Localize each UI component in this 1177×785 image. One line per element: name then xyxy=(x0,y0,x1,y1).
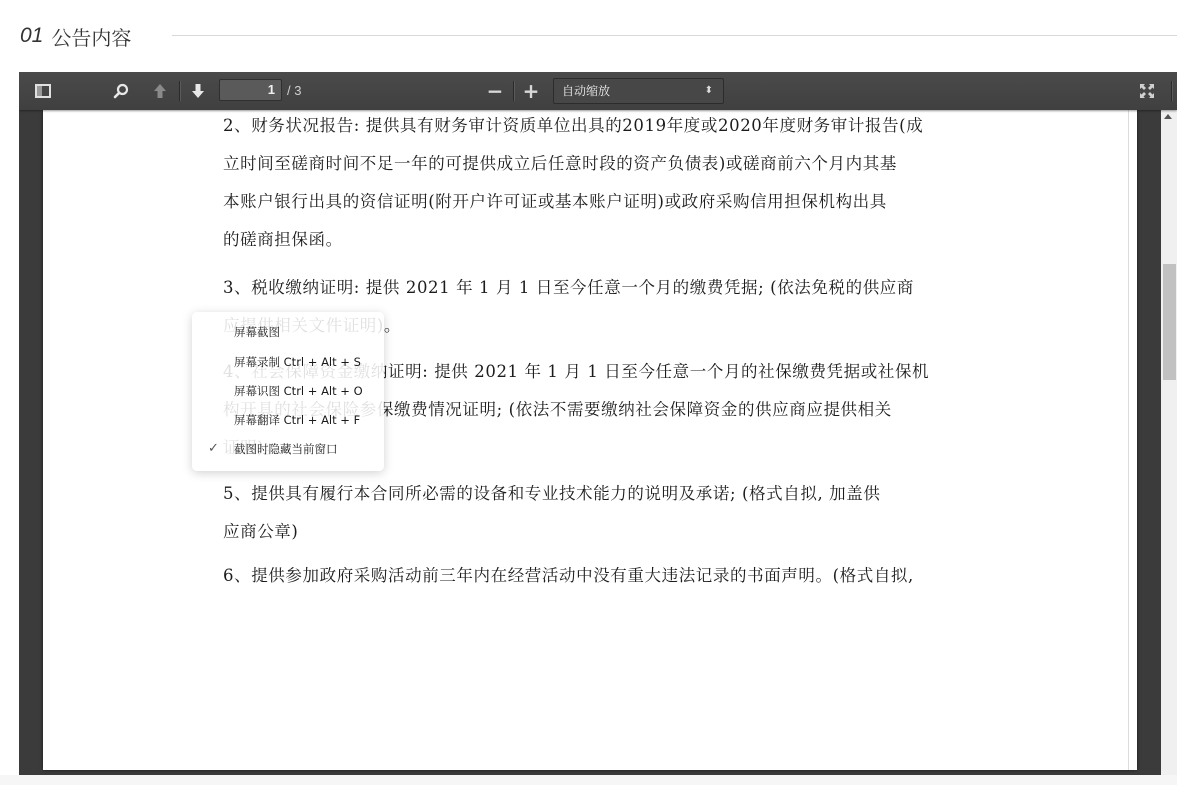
arrow-up-icon xyxy=(153,83,167,99)
menu-item-label: 屏幕识图 Ctrl + Alt + O xyxy=(234,384,363,398)
scroll-up-arrow-icon[interactable] xyxy=(1164,114,1172,119)
section-title: 公告内容 xyxy=(51,22,131,51)
page-number-input[interactable]: 1 xyxy=(219,79,282,101)
menu-item-label: 截图时隐藏当前窗口 xyxy=(234,442,338,456)
menu-item-screen-recognize[interactable]: 屏幕识图 Ctrl + Alt + O xyxy=(192,380,384,402)
section-number: 01 xyxy=(20,24,43,48)
document-scroll-area[interactable]: 2、财务状况报告: 提供具有财务审计资质单位出具的2019年度或2020年度财务… xyxy=(19,110,1161,775)
menu-item-label: 屏幕录制 Ctrl + Alt + S xyxy=(234,355,361,369)
page-bottom-strip xyxy=(0,775,1177,785)
document-line: 应商公章) xyxy=(223,518,298,542)
document-line: 5、提供具有履行本合同所必需的设备和专业技术能力的说明及承诺; (格式自拟, 加… xyxy=(223,480,880,504)
screenshot-context-menu: 屏幕截图 屏幕录制 Ctrl + Alt + S 屏幕识图 Ctrl + Alt… xyxy=(192,312,384,471)
menu-item-screenshot[interactable]: 屏幕截图 xyxy=(192,321,384,343)
find-button[interactable] xyxy=(107,72,135,110)
pdf-toolbar: 1 / 3 − + 自动缩放 ⬍ xyxy=(19,72,1177,110)
sidebar-icon xyxy=(35,84,51,98)
toolbar-separator xyxy=(179,81,180,101)
search-icon xyxy=(113,83,129,99)
document-line: 6、提供参加政府采购活动前三年内在经营活动中没有重大违法记录的书面声明。(格式自… xyxy=(223,562,914,586)
scrollbar-thumb[interactable] xyxy=(1163,264,1176,380)
checkmark-icon: ✓ xyxy=(208,438,219,460)
sidebar-toggle-button[interactable] xyxy=(29,72,57,110)
menu-item-hide-window[interactable]: ✓ 截图时隐藏当前窗口 xyxy=(192,438,384,460)
fullscreen-icon xyxy=(1139,83,1155,99)
vertical-scrollbar[interactable] xyxy=(1161,110,1177,775)
menu-item-screen-translate[interactable]: 屏幕翻译 Ctrl + Alt + F xyxy=(192,409,384,431)
menu-item-screen-record[interactable]: 屏幕录制 Ctrl + Alt + S xyxy=(192,351,384,373)
previous-page-button[interactable] xyxy=(147,72,173,110)
presentation-mode-button[interactable] xyxy=(1135,72,1159,110)
zoom-select[interactable]: 自动缩放 ⬍ xyxy=(553,78,724,104)
document-line: 本账户银行出具的资信证明(附开户许可证或基本账户证明)或政府采购信用担保机构出具 xyxy=(223,188,887,212)
arrow-down-icon xyxy=(191,83,205,99)
zoom-out-button[interactable]: − xyxy=(483,72,507,110)
zoom-in-button[interactable]: + xyxy=(519,72,543,110)
document-line: 3、税收缴纳证明: 提供 2021 年 1 月 1 日至今任意一个月的缴费凭据;… xyxy=(223,274,914,298)
document-line: 的磋商担保函。 xyxy=(223,226,343,250)
page-total: / 3 xyxy=(287,72,301,110)
document-line: 立时间至磋商时间不足一年的可提供成立后任意时段的资产负债表)或磋商前六个月内其基 xyxy=(223,150,897,174)
toolbar-separator xyxy=(1171,81,1172,101)
toolbar-separator xyxy=(513,81,514,101)
zoom-select-value: 自动缩放 xyxy=(562,84,610,98)
section-header: 01 公告内容 xyxy=(20,20,1177,52)
minus-icon: − xyxy=(487,79,504,103)
select-updown-icon: ⬍ xyxy=(705,79,713,103)
page-scan-edge xyxy=(1128,110,1129,770)
menu-item-label: 屏幕截图 xyxy=(234,325,280,339)
document-line: 2、财务状况报告: 提供具有财务审计资质单位出具的2019年度或2020年度财务… xyxy=(223,112,923,136)
section-divider xyxy=(172,35,1177,36)
menu-item-label: 屏幕翻译 Ctrl + Alt + F xyxy=(234,413,360,427)
plus-icon: + xyxy=(523,79,540,103)
next-page-button[interactable] xyxy=(185,72,211,110)
